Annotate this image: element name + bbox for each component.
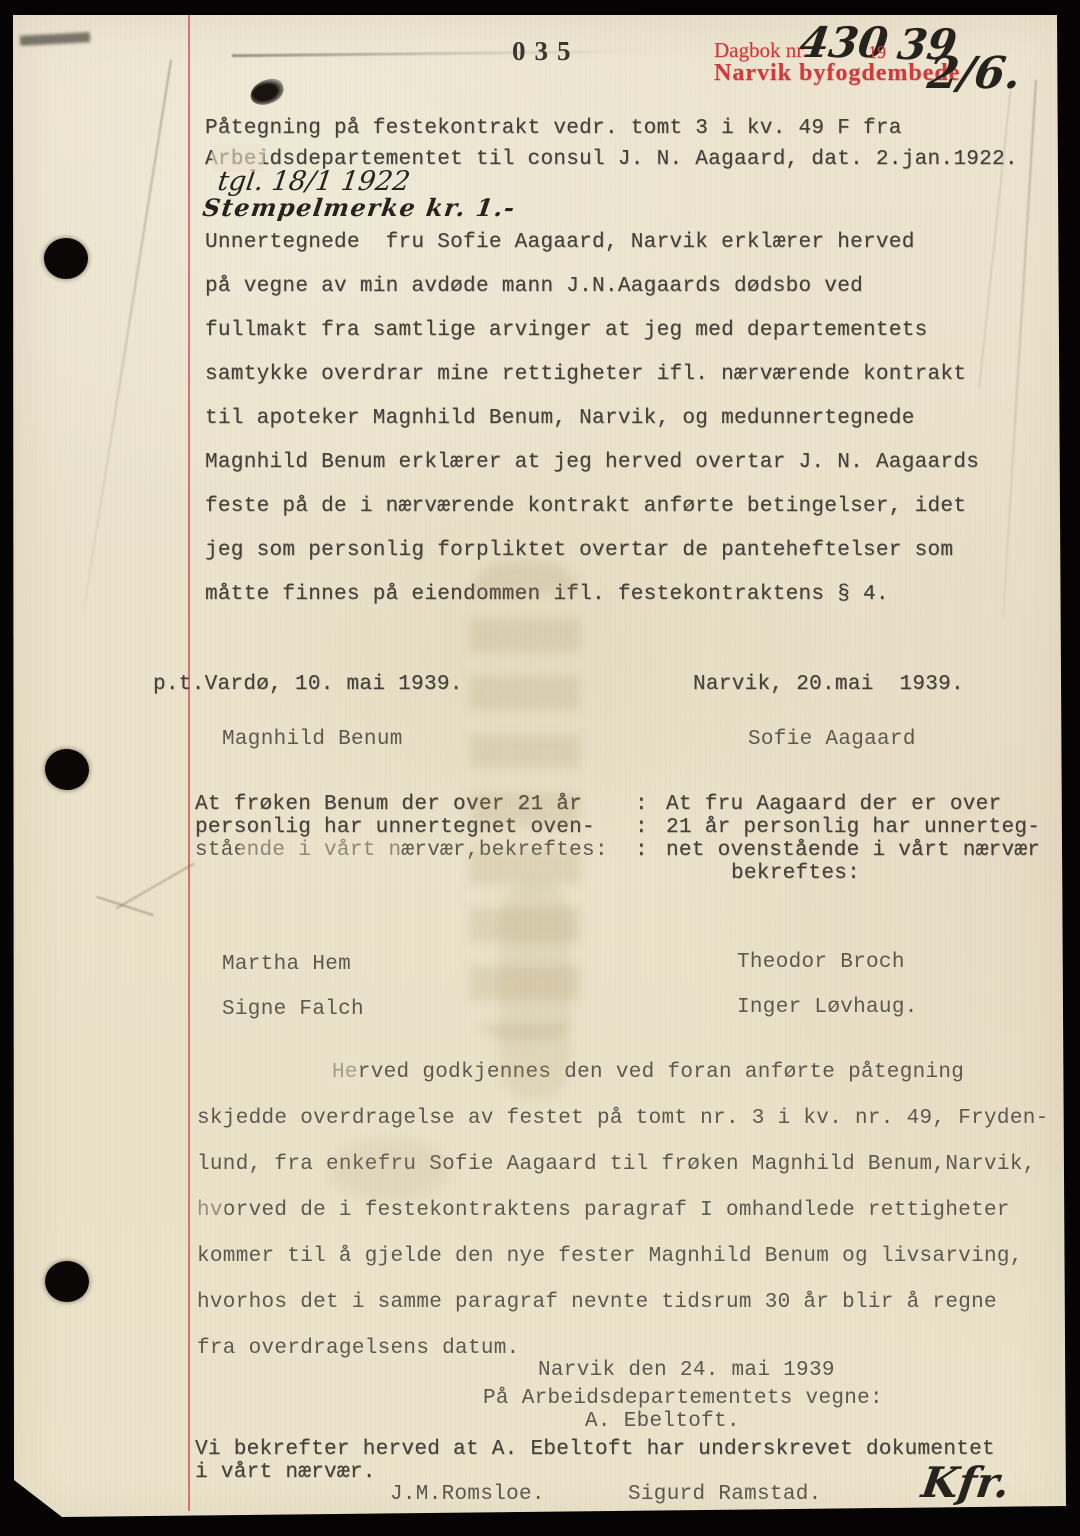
signature-aagaard: Sofie Aagaard: [748, 727, 916, 753]
attest-right-line: bekreftes:: [731, 861, 860, 887]
margin-rule-line: [188, 15, 190, 1511]
closing-witness-romsloe: J.M.Romsloe.: [390, 1482, 545, 1508]
punch-hole: [44, 238, 88, 279]
page-number: 035: [512, 36, 580, 67]
stamp-fee-annotation-handwritten: Stempelmerke kr. 1.-: [201, 193, 518, 222]
closing-place-date: Narvik den 24. mai 1939: [538, 1358, 835, 1384]
body-line: fullmakt fra samtlige arvinger at jeg me…: [205, 318, 928, 344]
closing-signature-ebeltoft: A. Ebeltoft.: [585, 1409, 740, 1435]
body-line: til apoteker Magnhild Benum, Narvik, og …: [205, 406, 915, 432]
approval-line: fra overdragelsens datum.: [197, 1336, 520, 1362]
approval-line: Herved godkjennes den ved foran anførte …: [332, 1060, 964, 1086]
attest-separator: :: [635, 838, 648, 864]
approval-line: hvorhos det i samme paragraf nevnte tids…: [197, 1290, 997, 1316]
signature-benum: Magnhild Benum: [222, 727, 403, 753]
office-stamp: Narvik byfogdembede: [714, 60, 960, 87]
witness-name: Martha Hem: [222, 952, 351, 978]
date-place-right: Narvik, 20.mai 1939.: [693, 672, 964, 698]
witness-name: Theodor Broch: [737, 950, 905, 976]
entry-date-handwritten: 2/6.: [924, 48, 1024, 99]
body-line: Unnertegnede fru Sofie Aagaard, Narvik e…: [205, 230, 915, 256]
approval-line: lund, fra enkefru Sofie Aagaard til frøk…: [197, 1152, 1036, 1178]
body-line: måtte finnes på eiendommen ifl. festekon…: [205, 582, 889, 608]
witness-name: Inger Løvhaug.: [737, 995, 918, 1021]
approval-line: hvorved de i festekontraktens paragraf I…: [197, 1198, 1010, 1224]
body-line: på vegne av min avdøde mann J.N.Aagaards…: [205, 274, 863, 300]
date-place-left: p.t.Vardø, 10. mai 1939.: [153, 672, 463, 698]
kfr-annotation-handwritten: Kfr.: [919, 1458, 1013, 1507]
scanned-page-canvas: 035 Dagbok nr. 430 19 39 Narvik byfogdem…: [0, 0, 1080, 1536]
witness-name: Signe Falch: [222, 997, 364, 1023]
attest-left-line: stående i vårt nærvær,bekreftes:: [195, 838, 608, 864]
body-line: feste på de i nærværende kontrakt anført…: [205, 494, 966, 520]
closing-witness-ramstad: Sigurd Ramstad.: [628, 1482, 822, 1508]
approval-line: skjedde overdragelse av festet på tomt n…: [197, 1106, 1049, 1132]
heading-line: Påtegning på festekontrakt vedr. tomt 3 …: [205, 116, 902, 142]
closing-confirmation-line: i vårt nærvær.: [195, 1460, 376, 1486]
approval-line: kommer til å gjelde den nye fester Magnh…: [197, 1244, 1023, 1270]
body-line: Magnhild Benum erklærer at jeg herved ov…: [205, 450, 979, 476]
punch-hole: [45, 1261, 89, 1302]
body-line: jeg som personlig forpliktet overtar de …: [205, 538, 953, 564]
body-line: samtykke overdrar mine rettigheter ifl. …: [205, 362, 966, 388]
